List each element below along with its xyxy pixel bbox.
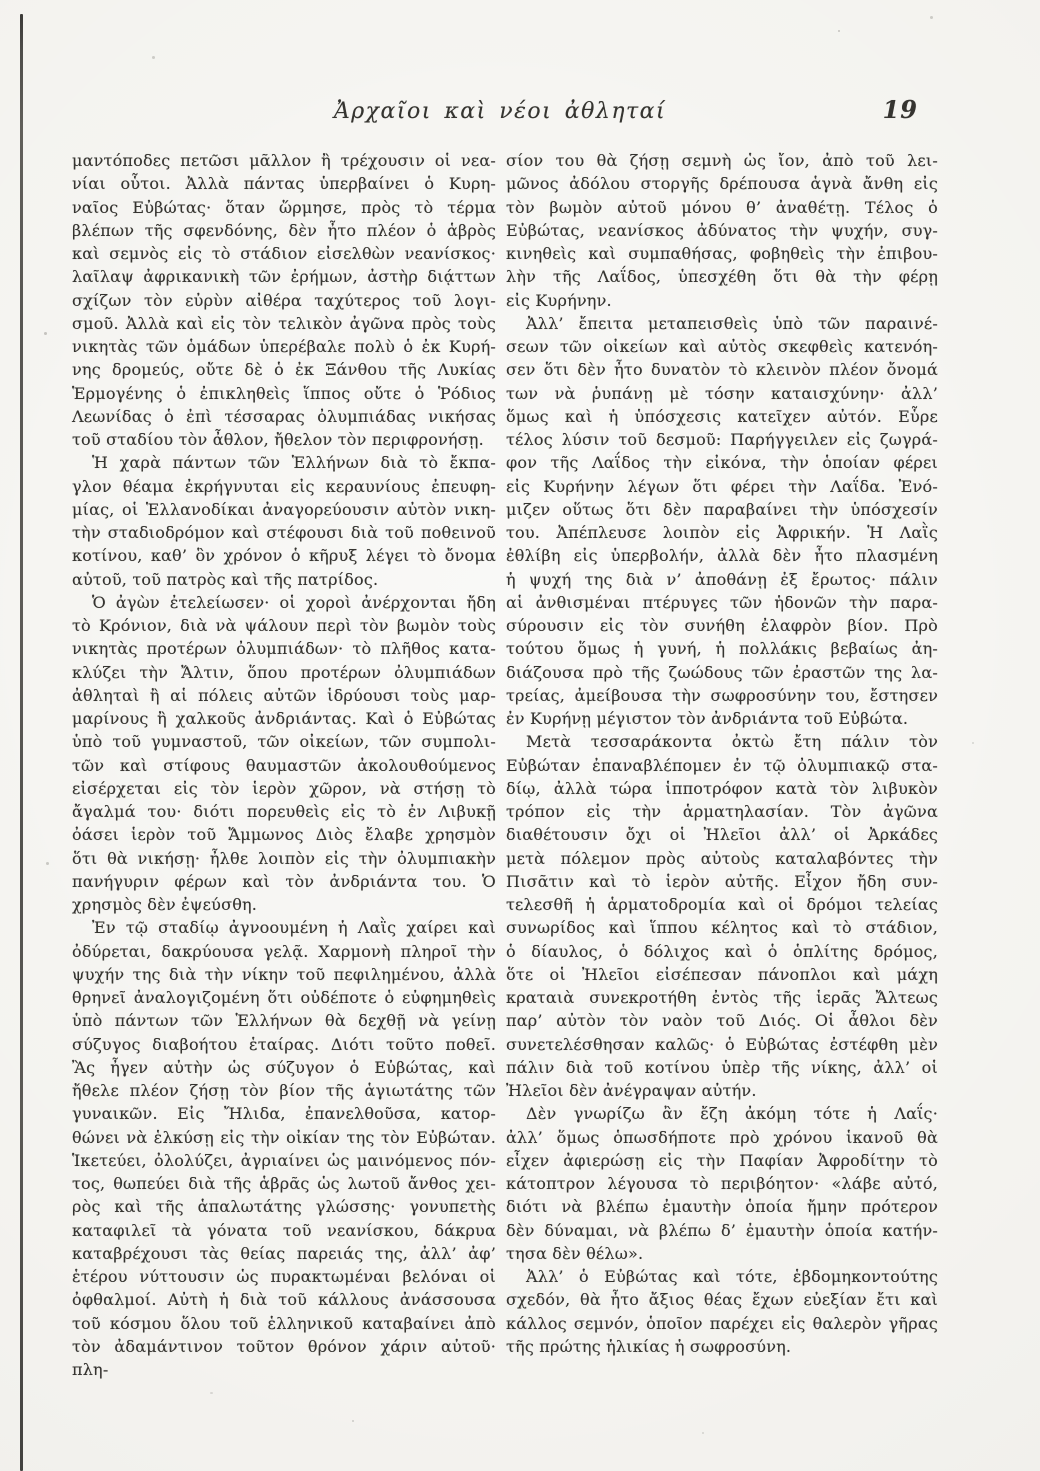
text-line: κάλλος σεμνόν, ὁποῖον παρέχει εἰς θαλερὸ… bbox=[506, 1312, 938, 1335]
text-line: εἰς Κυρήνην. bbox=[506, 289, 938, 312]
text-line: τούτου ὅμως ἡ γυνή, ἡ πολλάκις βεβαίως ἀ… bbox=[506, 637, 938, 660]
column-left: μαντόποδες πετῶσι μᾶλλον ἢ τρέχουσιν οἱ … bbox=[72, 149, 496, 1381]
text-line: μετὰ πόλεμον πρὸς αὐτοὺς καταλαβόντες τὴ… bbox=[506, 847, 938, 870]
text-line: τρείας, ἀμείβουσα τὴν σωφροσύνην του, ἔσ… bbox=[506, 684, 938, 707]
text-line: ὀδύρεται, δακρύουσα γελᾷ. Χαρμονὴ πληροῖ… bbox=[72, 940, 496, 963]
scan-speck bbox=[702, 1432, 704, 1434]
scan-speck bbox=[44, 332, 47, 335]
text-line: σύζυγος διαβοήτου ἑταίρας. Διότι τοῦτο π… bbox=[72, 1033, 496, 1056]
text-line: λὴν τῆς Λαΐδος, ὑπεσχέθη ὅτι θὰ τὴν φέρῃ bbox=[506, 265, 938, 288]
text-line: σίον του θὰ ζήσῃ σεμνὴ ὡς ἴον, ἀπὸ τοῦ λ… bbox=[506, 149, 938, 172]
text-line: παρ’ αὐτὸν τὸν ναὸν τοῦ Διός. Οἱ ἆθλοι δ… bbox=[506, 1009, 938, 1032]
text-line: ἐθλίβη εἰς ὑπερβολήν, ἀλλὰ δὲν ἦτο πλασμ… bbox=[506, 544, 938, 567]
paragraph: Ἡ χαρὰ πάντων τῶν Ἑλλήνων διὰ τὸ ἔκπα-γλ… bbox=[72, 451, 496, 591]
text-line: των νὰ ῥυπάνῃ μὲ τόσην καταισχύνην· ἀλλ’ bbox=[506, 382, 938, 405]
text-line: Ἡ χαρὰ πάντων τῶν Ἑλλήνων διὰ τὸ ἔκπα- bbox=[72, 451, 496, 474]
text-line: εἰς Κυρήνην λέγων ὅτι φέρει τὴν Λαΐδα. Ἐ… bbox=[506, 475, 938, 498]
scan-speck bbox=[210, 1392, 213, 1394]
text-line: σύρουσιν εἰς τὸν συνήθη ἐλαφρὸν βίον. Πρ… bbox=[506, 614, 938, 637]
text-line: σχεδόν, θὰ ἦτο ἄξιος θέας ἔχων εὐεξίαν ἔ… bbox=[506, 1288, 938, 1311]
text-line: δὲν δύναμαι, νὰ βλέπω δ’ ἐμαυτὴν ὁποία κ… bbox=[506, 1219, 938, 1242]
text-line: διάζουσα πρὸ τῆς ζωώδους τῶν ἐραστῶν της… bbox=[506, 661, 938, 684]
paragraph: Ἀλλ’ ὁ Εὐβώτας καὶ τότε, ἑβδομηκοντούτης… bbox=[506, 1265, 938, 1358]
text-line: τοῦ κόσμου ὅλου τοῦ ἑλληνικοῦ καταβαίνει… bbox=[72, 1312, 496, 1335]
text-line: Λεωνίδας ὁ ἐπὶ τέσσαρας ὀλυμπιάδας νικήσ… bbox=[72, 405, 496, 428]
text-line: μαντόποδες πετῶσι μᾶλλον ἢ τρέχουσιν οἱ … bbox=[72, 149, 496, 172]
text-line: ναῖος Εὐβώτας· ὅταν ὥρμησε, πρὸς τὸ τέρμ… bbox=[72, 196, 496, 219]
text-line: κραταιὰ συνεκροτήθη ἐντὸς τῆς ἱερᾶς Ἄλτε… bbox=[506, 986, 938, 1009]
paragraph: Ὁ ἀγὼν ἐτελείωσεν· οἱ χοροὶ ἀνέρχονται ἤ… bbox=[72, 591, 496, 917]
text-line: τὴν σταδιοδρόμον καὶ στέφουσι διὰ τοῦ πο… bbox=[72, 521, 496, 544]
paragraph: Ἀλλ’ ἔπειτα μεταπεισθεὶς ὑπὸ τῶν παραινέ… bbox=[506, 312, 938, 731]
text-line: τῆς πρώτης ἡλικίας ἡ σωφροσύνη. bbox=[506, 1335, 938, 1358]
text-line: νίαι οὗτοι. Ἀλλὰ πάντας ὑπερβαίνει ὁ Κυρ… bbox=[72, 172, 496, 195]
page-header: Ἀρχαῖοι καὶ νέοι ἀθληταί 19 bbox=[72, 95, 928, 137]
text-line: ψυχήν της διὰ τὴν νίκην τοῦ πεφιλημένου,… bbox=[72, 963, 496, 986]
text-line: συνωρίδος καὶ ἵππου κέλητος καὶ τὸ στάδι… bbox=[506, 916, 938, 939]
scan-speck bbox=[352, 1420, 354, 1422]
scan-speck bbox=[152, 56, 155, 59]
text-line: πανήγυριν φέρων καὶ τὸν ἀνδριάντα του. Ὁ bbox=[72, 870, 496, 893]
text-line: Εὐβώτας, νεανίσκος ἀδύνατος τὴν ψυχήν, σ… bbox=[506, 219, 938, 242]
text-line: λαῖλαψ ἀφρικανικὴ τῶν ἐρήμων, ἀστὴρ διᾴτ… bbox=[72, 265, 496, 288]
text-line: ὀάσει ἱερὸν τοῦ Ἄμμωνος Διὸς ἔλαβε χρησμ… bbox=[72, 823, 496, 846]
text-line: αἱ ἀνθισμέναι πτέρυγες τῶν ἡδονῶν τὴν πα… bbox=[506, 591, 938, 614]
text-line: τὸ Κρόνιον, διὰ νὰ ψάλουν περὶ τὸν βωμὸν… bbox=[72, 614, 496, 637]
text-line: φον τῆς Λαΐδος τὴν εἰκόνα, τὴν ὁποίαν φέ… bbox=[506, 451, 938, 474]
page-number: 19 bbox=[883, 95, 918, 124]
text-line: Ἠλεῖοι δὲν ἀνέγραψαν αὐτήν. bbox=[506, 1079, 938, 1102]
text-line: τὸν ἀδαμάντινον τοῦτον θρόνον χάριν αὐτο… bbox=[72, 1335, 496, 1382]
text-line: Ἀλλ’ ἔπειτα μεταπεισθεὶς ὑπὸ τῶν παραινέ… bbox=[506, 312, 938, 335]
scanned-page: Ἀρχαῖοι καὶ νέοι ἀθληταί 19 μαντόποδες π… bbox=[0, 0, 1040, 1471]
text-line: πάλιν διὰ τοῦ κοτίνου ὑπὲρ τῆς νίκης, ἀλ… bbox=[506, 1056, 938, 1079]
text-line: καταφιλεῖ τὰ γόνατα τοῦ νεανίσκου, δάκρυ… bbox=[72, 1219, 496, 1242]
text-line: σμοῦ. Ἀλλὰ καὶ εἰς τὸν τελικὸν ἀγῶνα πρὸ… bbox=[72, 312, 496, 335]
paragraph: Ἐν τῷ σταδίῳ ἀγνοουμένη ἡ Λαῒς χαίρει κα… bbox=[72, 916, 496, 1381]
text-line: ἀλλ’ ὅμως ὁπωσδήποτε πρὸ χρόνου ἱκανοῦ θ… bbox=[506, 1126, 938, 1149]
text-line: τὸν βωμὸν αὐτοῦ μόνου θ’ ἀναθέτῃ. Τέλος … bbox=[506, 196, 938, 219]
text-line: διαθέτουσιν ὄχι οἱ Ἠλεῖοι ἀλλ’ οἱ Ἀρκάδε… bbox=[506, 823, 938, 846]
text-line: Εὐβώταν ἐπαναβλέπομεν ἐν τῷ ὀλυμπιακῷ στ… bbox=[506, 754, 938, 777]
text-line: καὶ σεμνὸς εἰς τὸ στάδιον εἰσελθὼν νεανί… bbox=[72, 242, 496, 265]
text-line: ὅτε οἱ Ἠλεῖοι εἰσέπεσαν πάνοπλοι καὶ μάχ… bbox=[506, 963, 938, 986]
text-line: τησα δὲν θέλω». bbox=[506, 1242, 938, 1265]
text-line: τρόπον εἰς τὴν ἁρματηλασίαν. Τὸν ἀγῶνα bbox=[506, 800, 938, 823]
text-columns: μαντόποδες πετῶσι μᾶλλον ἢ τρέχουσιν οἱ … bbox=[72, 149, 938, 1381]
column-right: σίον του θὰ ζήσῃ σεμνὴ ὡς ἴον, ἀπὸ τοῦ λ… bbox=[506, 149, 938, 1381]
text-line: εἰσέρχεται εἰς τὸν ἱερὸν χῶρον, νὰ στήσῃ… bbox=[72, 777, 496, 800]
text-line: ἑτέρου νύττουσιν ὡς πυρακτωμέναι βελόναι… bbox=[72, 1265, 496, 1288]
text-line: μαρίνους ἢ χαλκοῦς ἀνδριάντας. Καὶ ὁ Εὐβ… bbox=[72, 707, 496, 730]
text-line: τοῦ σταδίου τὸν ἆθλον, ἤθελον τὸν περιφρ… bbox=[72, 428, 496, 451]
text-line: του. Ἀπέπλευσε λοιπὸν εἰς Ἀφρικήν. Ἡ Λαῒ… bbox=[506, 521, 938, 544]
text-line: σεν ὅτι δὲν ἦτο δυνατὸν τὸ κλεινὸν πλέον… bbox=[506, 358, 938, 381]
paragraph: Δὲν γνωρίζω ἂν ἔζη ἀκόμη τότε ἡ Λαΐς·ἀλλ… bbox=[506, 1102, 938, 1265]
text-line: σεων τῶν οἰκείων καὶ αὐτὸς σκεφθεὶς κατε… bbox=[506, 335, 938, 358]
text-line: ἡ ψυχή της διὰ ν’ ἀποθάνῃ ἐξ ἔρωτος· πάλ… bbox=[506, 568, 938, 591]
text-line: Ἑρμογένης ὁ ἐπικληθεὶς ἵππος οὔτε ὁ Ῥόδι… bbox=[72, 382, 496, 405]
text-line: Δὲν γνωρίζω ἂν ἔζη ἀκόμη τότε ἡ Λαΐς· bbox=[506, 1102, 938, 1125]
text-line: τέλος λύσιν τοῦ δεσμοῦ: Παρήγγειλεν εἰς … bbox=[506, 428, 938, 451]
text-line: διότι νὰ βλέπω ἐμαυτὴν ὁποία ἤμην πρότερ… bbox=[506, 1195, 938, 1218]
text-line: ἄγαλμά του· διότι πορευθεὶς εἰς τὸ ἐν Λι… bbox=[72, 800, 496, 823]
text-line: νης δρομεύς, οὔτε δὲ ὁ ἐκ Ξάνθου τῆς Λυκ… bbox=[72, 358, 496, 381]
text-line: ὀφθαλμοί. Αὐτὴ ἡ διὰ τοῦ κάλλους ἀνάσσου… bbox=[72, 1288, 496, 1311]
text-line: συνετελέσθησαν καλῶς· ὁ Εὐβώτας ἐστέφθη … bbox=[506, 1033, 938, 1056]
text-line: νικητὰς τῶν ὁμάδων ὑπερέβαλε πολὺ ὁ ἐκ Κ… bbox=[72, 335, 496, 358]
text-line: Ἱκετεύει, ὀλολύζει, ἀγριαίνει ὡς μαινόμε… bbox=[72, 1149, 496, 1172]
text-line: θρηνεῖ ἀναλογιζομένη ὅτι οὐδέποτε ὁ εὐφη… bbox=[72, 986, 496, 1009]
text-line: Ὁ ἀγὼν ἐτελείωσεν· οἱ χοροὶ ἀνέρχονται ἤ… bbox=[72, 591, 496, 614]
text-line: σχίζων τὸν εὐρὺν αἰθέρα ταχύτερος τοῦ λο… bbox=[72, 289, 496, 312]
text-line: μιζεν οὕτως ὅτι δὲν παραβαίνει τὴν ὑπόσχ… bbox=[506, 498, 938, 521]
text-line: ἤθελε πλέον ζήσῃ τὸν βίον τῆς ἁγιωτάτης … bbox=[72, 1079, 496, 1102]
text-line: μίας, οἱ Ἑλλανοδίκαι ἀναγορεύουσιν αὐτὸν… bbox=[72, 498, 496, 521]
text-line: εἶχεν ἀφιερώσῃ εἰς τὴν Παφίαν Ἀφροδίτην … bbox=[506, 1149, 938, 1172]
text-line: Ἀλλ’ ὁ Εὐβώτας καὶ τότε, ἑβδομηκοντούτης bbox=[506, 1265, 938, 1288]
text-line: αὐτοῦ, τοῦ πατρὸς καὶ τῆς πατρίδος. bbox=[72, 568, 496, 591]
text-line: μῶνος ἀδόλου στοργῆς δρέπουσα ἁγνὰ ἄνθη … bbox=[506, 172, 938, 195]
text-line: γλον θέαμα ἐκρήγνυται εἰς κεραυνίους ἐπε… bbox=[72, 475, 496, 498]
paragraph: Μετὰ τεσσαράκοντα ὀκτὼ ἔτη πάλιν τὸνΕὐβώ… bbox=[506, 730, 938, 1102]
text-line: Ἐν τῷ σταδίῳ ἀγνοουμένη ἡ Λαῒς χαίρει κα… bbox=[72, 916, 496, 939]
text-line: καταβρέχουσι τὰς θείας παρειάς της, ἀλλ’… bbox=[72, 1242, 496, 1265]
text-line: ὁ δίαυλος, ὁ δόλιχος καὶ ὁ ὁπλίτης δρόμο… bbox=[506, 940, 938, 963]
text-line: θώνει νὰ ἑλκύσῃ εἰς τὴν οἰκίαν της τὸν Ε… bbox=[72, 1126, 496, 1149]
text-line: κάτοπτρον λέγουσα τὸ περιβόητον· «λάβε α… bbox=[506, 1172, 938, 1195]
text-line: ὅμως καὶ ἡ ὑπόσχεσις κατεῖχεν αὐτόν. Εὗρ… bbox=[506, 405, 938, 428]
text-line: βλέπων τῆς σφενδόνης, δὲν ἦτο πλέον ὁ ἁβ… bbox=[72, 219, 496, 242]
text-line: γυναικῶν. Εἰς Ἤλιδα, ἐπανελθοῦσα, κατορ- bbox=[72, 1102, 496, 1125]
text-line: τος, θωπεύει διὰ τῆς ἁβρᾶς ὡς λωτοῦ ἄνθο… bbox=[72, 1172, 496, 1195]
text-line: ὅτι θὰ νικήσῃ· ἦλθε λοιπὸν εἰς τὴν ὀλυμπ… bbox=[72, 847, 496, 870]
text-line: τελεσθῆ ἡ ἁρματοδρομία καὶ οἱ δρόμοι τελ… bbox=[506, 893, 938, 916]
text-line: δίῳ, ἀλλὰ τώρα ἱπποτρόφον κατὰ τὸν λιβυκ… bbox=[506, 777, 938, 800]
text-line: ρὸς καὶ τῆς ἁπαλωτάτης γλώσσης· γονυπετὴ… bbox=[72, 1195, 496, 1218]
text-line: Ἂς ἦγεν αὐτὴν ὡς σύζυγον ὁ Εὐβώτας, καὶ bbox=[72, 1056, 496, 1079]
text-line: κλύζει τὴν Ἄλτιν, ὅπου προτέρων ὀλυμπιάδ… bbox=[72, 661, 496, 684]
text-line: νικητὰς προτέρων ὀλυμπιάδων· τὸ πλῆθος κ… bbox=[72, 637, 496, 660]
text-line: Μετὰ τεσσαράκοντα ὀκτὼ ἔτη πάλιν τὸν bbox=[506, 730, 938, 753]
scan-speck bbox=[972, 742, 974, 744]
text-line: ὑπὸ πάντων τῶν Ἑλλήνων θὰ δεχθῇ νὰ γείνῃ bbox=[72, 1009, 496, 1032]
text-line: ἀθληταὶ ἢ αἱ πόλεις αὐτῶν ἱδρύουσι τοὺς … bbox=[72, 684, 496, 707]
text-line: τῶν καὶ στίφους θαυμαστῶν ἀκολουθούμενος bbox=[72, 754, 496, 777]
text-line: ὑπὸ τοῦ γυμναστοῦ, τῶν οἰκείων, τῶν συμπ… bbox=[72, 730, 496, 753]
paragraph: μαντόποδες πετῶσι μᾶλλον ἢ τρέχουσιν οἱ … bbox=[72, 149, 496, 451]
scan-artifact-line bbox=[20, 14, 23, 1471]
scan-speck bbox=[838, 30, 840, 32]
text-line: κοτίνου, καθ’ ὃν χρόνον ὁ κῆρυξ λέγει τὸ… bbox=[72, 544, 496, 567]
text-line: ἐν Κυρήνῃ μέγιστον τὸν ἀνδριάντα τοῦ Εὐβ… bbox=[506, 707, 938, 730]
text-line: κινηθεὶς καὶ συμπαθήσας, φοβηθεὶς τὴν ἐπ… bbox=[506, 242, 938, 265]
scan-speck bbox=[930, 16, 933, 19]
paragraph: σίον του θὰ ζήσῃ σεμνὴ ὡς ἴον, ἀπὸ τοῦ λ… bbox=[506, 149, 938, 312]
text-line: Πισᾶτιν καὶ τὸ ἱερὸν αὐτῆς. Εἶχον ἤδη συ… bbox=[506, 870, 938, 893]
running-title: Ἀρχαῖοι καὶ νέοι ἀθληταί bbox=[72, 99, 928, 124]
text-line: χρησμὸς δὲν ἐψεύσθη. bbox=[72, 893, 496, 916]
scan-speck bbox=[46, 862, 49, 865]
